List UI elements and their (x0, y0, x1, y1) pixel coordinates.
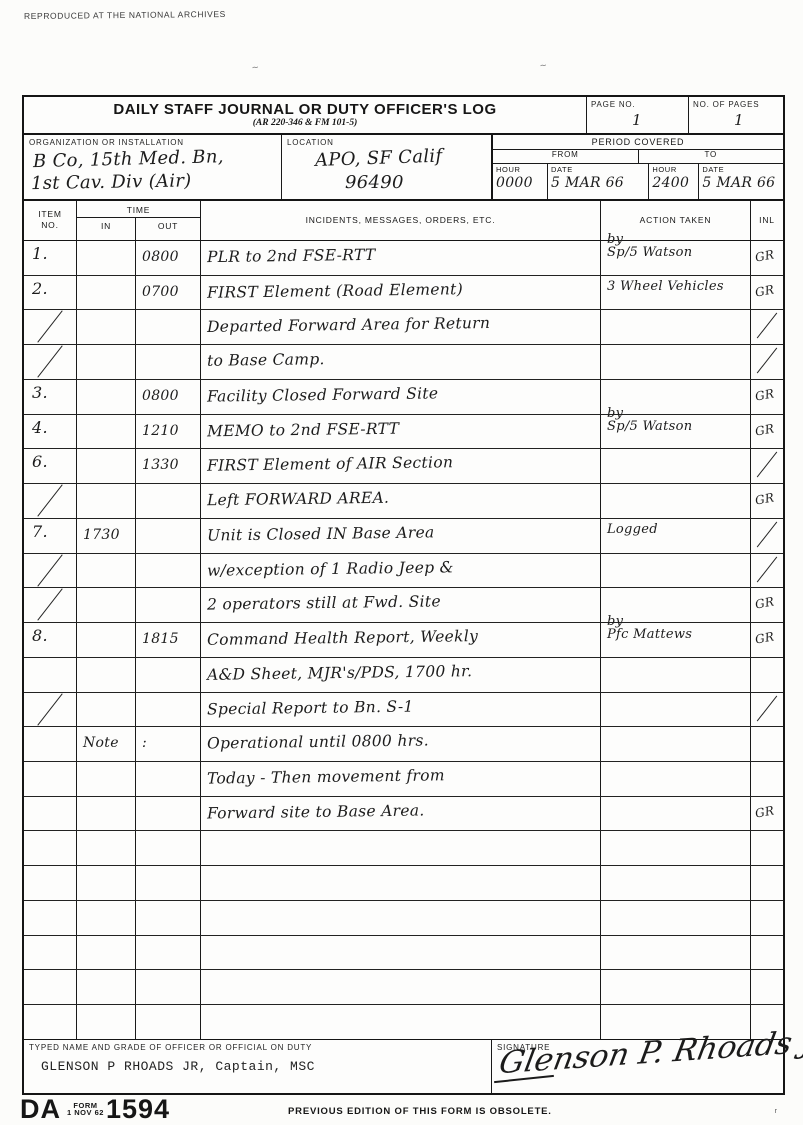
archives-watermark: REPRODUCED AT THE NATIONAL ARCHIVES (24, 9, 226, 21)
cell-item-no: 1. (24, 241, 77, 275)
cell-time-in (77, 276, 136, 310)
journal-row (24, 901, 783, 936)
col-item-no: ITEMNO. (24, 201, 77, 240)
cell-incidents: FIRST Element (Road Element) (201, 276, 601, 310)
cell-initials (751, 727, 783, 761)
cell-initials: GR (751, 484, 783, 518)
cell-time-out: : (136, 727, 201, 761)
obsolete-note: PREVIOUS EDITION OF THIS FORM IS OBSOLET… (288, 1106, 552, 1117)
journal-row: Left FORWARD AREA.GR (24, 484, 783, 519)
cell-item-no (24, 762, 77, 796)
cell-initials: GR (751, 588, 783, 622)
cell-incidents: Facility Closed Forward Site (201, 380, 601, 414)
cell-item-no (24, 554, 77, 588)
strike-slash (757, 313, 777, 339)
journal-row: to Base Camp. (24, 345, 783, 380)
cell-time-in (77, 345, 136, 379)
cell-incidents: Unit is Closed IN Base Area (201, 519, 601, 553)
journal-row: 8.1815Command Health Report, WeeklybyPfc… (24, 623, 783, 658)
cell-time-out (136, 484, 201, 518)
strike-slash (37, 554, 62, 586)
cell-item-no (24, 484, 77, 518)
journal-row: A&D Sheet, MJR's/PDS, 1700 hr. (24, 658, 783, 693)
cell-incidents: FIRST Element of AIR Section (201, 449, 601, 483)
col-incidents: INCIDENTS, MESSAGES, ORDERS, ETC. (201, 201, 601, 240)
da-label: DA (20, 1096, 61, 1122)
cell-action-taken (601, 797, 751, 831)
cell-initials (751, 554, 783, 588)
strike-slash (37, 693, 62, 725)
journal-row (24, 936, 783, 971)
cell-time-in (77, 310, 136, 344)
cell-incidents (201, 936, 601, 970)
cell-action-taken: byPfc Mattews (601, 623, 751, 657)
col-initials: INL (751, 201, 783, 240)
journal-row: 2.0700FIRST Element (Road Element)3 Whee… (24, 276, 783, 311)
cell-time-in (77, 797, 136, 831)
cell-action-taken: bySp/5 Watson (601, 241, 751, 275)
cell-item-no (24, 866, 77, 900)
cell-item-no (24, 1005, 77, 1039)
cell-time-out (136, 310, 201, 344)
form-number: 1594 (106, 1096, 170, 1122)
cell-time-in (77, 415, 136, 449)
cell-time-out (136, 936, 201, 970)
cell-time-out: 1210 (136, 415, 201, 449)
strike-slash (757, 556, 777, 582)
form-subtitle: (AR 220-346 & FM 101-5) (24, 118, 586, 128)
to-date-value: 5 MAR 66 (699, 175, 783, 199)
cell-action-taken (601, 484, 751, 518)
journal-row: Today - Then movement from (24, 762, 783, 797)
journal-row: 1.0800PLR to 2nd FSE-RTTbySp/5 WatsonGR (24, 241, 783, 276)
cell-action-taken: Logged (601, 519, 751, 553)
cell-time-in (77, 901, 136, 935)
cell-action-taken (601, 970, 751, 1004)
cell-time-out (136, 658, 201, 692)
cell-time-out (136, 554, 201, 588)
cell-time-in (77, 484, 136, 518)
cell-incidents: Command Health Report, Weekly (201, 623, 601, 657)
cell-incidents (201, 1005, 601, 1039)
cell-action-taken (601, 693, 751, 727)
form-title: DAILY STAFF JOURNAL OR DUTY OFFICER'S LO… (24, 101, 586, 118)
col-time-out: OUT (136, 218, 200, 240)
scan-smudge: ~ (539, 60, 547, 73)
page-no-value: 1 (632, 111, 642, 129)
cell-incidents (201, 901, 601, 935)
journal-row (24, 970, 783, 1005)
cell-initials (751, 693, 783, 727)
no-of-pages-value: 1 (734, 111, 744, 129)
cell-time-in (77, 241, 136, 275)
cell-action-taken (601, 831, 751, 865)
cell-item-no: 7. (24, 519, 77, 553)
cell-time-in (77, 449, 136, 483)
strike-slash (757, 521, 777, 547)
cell-incidents: Departed Forward Area for Return (201, 310, 601, 344)
cell-time-out (136, 519, 201, 553)
cell-incidents (201, 970, 601, 1004)
cell-incidents: MEMO to 2nd FSE-RTT (201, 415, 601, 449)
cell-item-no: 4. (24, 415, 77, 449)
typed-name-value: GLENSON P RHOADS JR, Captain, MSC (41, 1059, 486, 1074)
cell-item-no (24, 588, 77, 622)
cell-initials (751, 310, 783, 344)
signature-band: TYPED NAME AND GRADE OF OFFICER OR OFFIC… (24, 1039, 783, 1093)
cell-time-out: 0800 (136, 380, 201, 414)
cell-initials (751, 345, 783, 379)
cell-time-in (77, 588, 136, 622)
journal-row: 4.1210MEMO to 2nd FSE-RTTbySp/5 WatsonGR (24, 415, 783, 450)
scan-artifact: r (775, 1108, 777, 1115)
cell-time-out (136, 866, 201, 900)
cell-item-no (24, 658, 77, 692)
journal-row: Departed Forward Area for Return (24, 310, 783, 345)
cell-item-no (24, 936, 77, 970)
from-hour-value: 0000 (493, 175, 547, 199)
cell-item-no (24, 727, 77, 761)
cell-time-in (77, 970, 136, 1004)
cell-time-in (77, 936, 136, 970)
from-date-value: 5 MAR 66 (548, 175, 648, 199)
form-date: 1 NOV 62 (67, 1109, 104, 1116)
cell-item-no (24, 797, 77, 831)
cell-action-taken (601, 658, 751, 692)
no-of-pages-label: NO. OF PAGES (693, 100, 779, 109)
cell-action-taken (601, 345, 751, 379)
cell-incidents (201, 831, 601, 865)
cell-time-in (77, 1005, 136, 1039)
cell-initials (751, 658, 783, 692)
cell-time-out (136, 831, 201, 865)
cell-action-taken (601, 901, 751, 935)
to-hour-label: HOUR (649, 164, 698, 175)
cell-time-out (136, 693, 201, 727)
cell-time-out (136, 970, 201, 1004)
cell-action-taken (601, 762, 751, 796)
cell-action-taken (601, 554, 751, 588)
cell-time-in (77, 866, 136, 900)
journal-rows: 1.0800PLR to 2nd FSE-RTTbySp/5 WatsonGR2… (24, 241, 783, 1039)
da-form-1594: DAILY STAFF JOURNAL OR DUTY OFFICER'S LO… (22, 95, 785, 1095)
cell-incidents: Left FORWARD AREA. (201, 484, 601, 518)
from-hour-label: HOUR (493, 164, 547, 175)
cell-incidents: Special Report to Bn. S-1 (201, 693, 601, 727)
cell-initials: GR (751, 276, 783, 310)
strike-slash (757, 695, 777, 721)
cell-initials: GR (751, 241, 783, 275)
cell-initials (751, 519, 783, 553)
cell-item-no: 8. (24, 623, 77, 657)
col-time: TIME (77, 201, 200, 218)
strike-slash (757, 452, 777, 478)
cell-initials (751, 831, 783, 865)
cell-time-out: 0700 (136, 276, 201, 310)
cell-incidents: A&D Sheet, MJR's/PDS, 1700 hr. (201, 658, 601, 692)
cell-incidents: Today - Then movement from (201, 762, 601, 796)
cell-item-no (24, 970, 77, 1004)
cell-time-out (136, 797, 201, 831)
cell-item-no (24, 345, 77, 379)
cell-action-taken (601, 866, 751, 900)
cell-time-out: 0800 (136, 241, 201, 275)
cell-incidents (201, 866, 601, 900)
cell-time-in (77, 693, 136, 727)
cell-initials (751, 449, 783, 483)
col-time-in: IN (77, 218, 136, 240)
journal-row: w/exception of 1 Radio Jeep & (24, 554, 783, 589)
cell-time-in (77, 831, 136, 865)
cell-time-in (77, 762, 136, 796)
cell-time-out: 1330 (136, 449, 201, 483)
cell-initials (751, 866, 783, 900)
cell-time-out (136, 762, 201, 796)
cell-initials: GR (751, 415, 783, 449)
cell-time-in: 1730 (77, 519, 136, 553)
cell-initials: GR (751, 797, 783, 831)
cell-initials (751, 970, 783, 1004)
to-hour-value: 2400 (649, 175, 698, 199)
form-footer: DA FORM 1 NOV 62 1594 PREVIOUS EDITION O… (20, 1096, 785, 1122)
cell-initials: GR (751, 623, 783, 657)
cell-time-in: Note (77, 727, 136, 761)
cell-time-out: 1815 (136, 623, 201, 657)
cell-action-taken (601, 310, 751, 344)
cell-item-no (24, 901, 77, 935)
cell-item-no: 6. (24, 449, 77, 483)
cell-item-no: 3. (24, 380, 77, 414)
journal-row: 6.1330FIRST Element of AIR Section (24, 449, 783, 484)
strike-slash (37, 589, 62, 621)
journal-row: Note:Operational until 0800 hrs. (24, 727, 783, 762)
cell-time-in (77, 380, 136, 414)
strike-slash (37, 346, 62, 378)
cell-time-out (136, 901, 201, 935)
strike-slash (37, 311, 62, 343)
cell-time-out (136, 345, 201, 379)
from-label: FROM (493, 150, 639, 163)
from-date-label: DATE (548, 164, 648, 175)
journal-row: Forward site to Base Area.GR (24, 797, 783, 832)
cell-initials (751, 762, 783, 796)
page-no-label: PAGE NO. (591, 100, 684, 109)
cell-item-no: 2. (24, 276, 77, 310)
typed-name-label: TYPED NAME AND GRADE OF OFFICER OR OFFIC… (29, 1043, 486, 1052)
period-covered-label: PERIOD COVERED (493, 135, 783, 150)
cell-time-in (77, 623, 136, 657)
cell-item-no (24, 693, 77, 727)
cell-initials: GR (751, 380, 783, 414)
cell-incidents: 2 operators still at Fwd. Site (201, 588, 601, 622)
cell-time-in (77, 554, 136, 588)
location-line2: 96490 (345, 172, 486, 193)
cell-incidents: Operational until 0800 hrs. (201, 727, 601, 761)
journal-row (24, 831, 783, 866)
cell-incidents: w/exception of 1 Radio Jeep & (201, 554, 601, 588)
cell-action-taken (601, 449, 751, 483)
journal-row (24, 866, 783, 901)
cell-time-in (77, 658, 136, 692)
cell-initials (751, 936, 783, 970)
cell-incidents: Forward site to Base Area. (201, 797, 601, 831)
cell-time-out (136, 1005, 201, 1039)
cell-action-taken: 3 Wheel Vehicles (601, 276, 751, 310)
cell-action-taken (601, 936, 751, 970)
strike-slash (37, 485, 62, 517)
scan-smudge: ~ (251, 62, 259, 75)
info-band: ORGANIZATION OR INSTALLATION B Co, 15th … (24, 135, 783, 201)
strike-slash (757, 348, 777, 374)
location-line1: APO, SF Calif (315, 144, 487, 171)
journal-row: 7.1730Unit is Closed IN Base AreaLogged (24, 519, 783, 554)
cell-incidents: to Base Camp. (201, 345, 601, 379)
cell-incidents: PLR to 2nd FSE-RTT (201, 241, 601, 275)
to-label: TO (639, 150, 784, 163)
form-header: DAILY STAFF JOURNAL OR DUTY OFFICER'S LO… (24, 97, 783, 135)
cell-initials (751, 901, 783, 935)
to-date-label: DATE (699, 164, 783, 175)
organization-line2: 1st Cav. Div (Air) (31, 169, 276, 194)
cell-time-out (136, 588, 201, 622)
cell-action-taken (601, 727, 751, 761)
journal-row: Special Report to Bn. S-1 (24, 693, 783, 728)
cell-action-taken: bySp/5 Watson (601, 415, 751, 449)
organization-line1: B Co, 15th Med. Bn, (33, 145, 276, 172)
cell-item-no (24, 310, 77, 344)
cell-item-no (24, 831, 77, 865)
